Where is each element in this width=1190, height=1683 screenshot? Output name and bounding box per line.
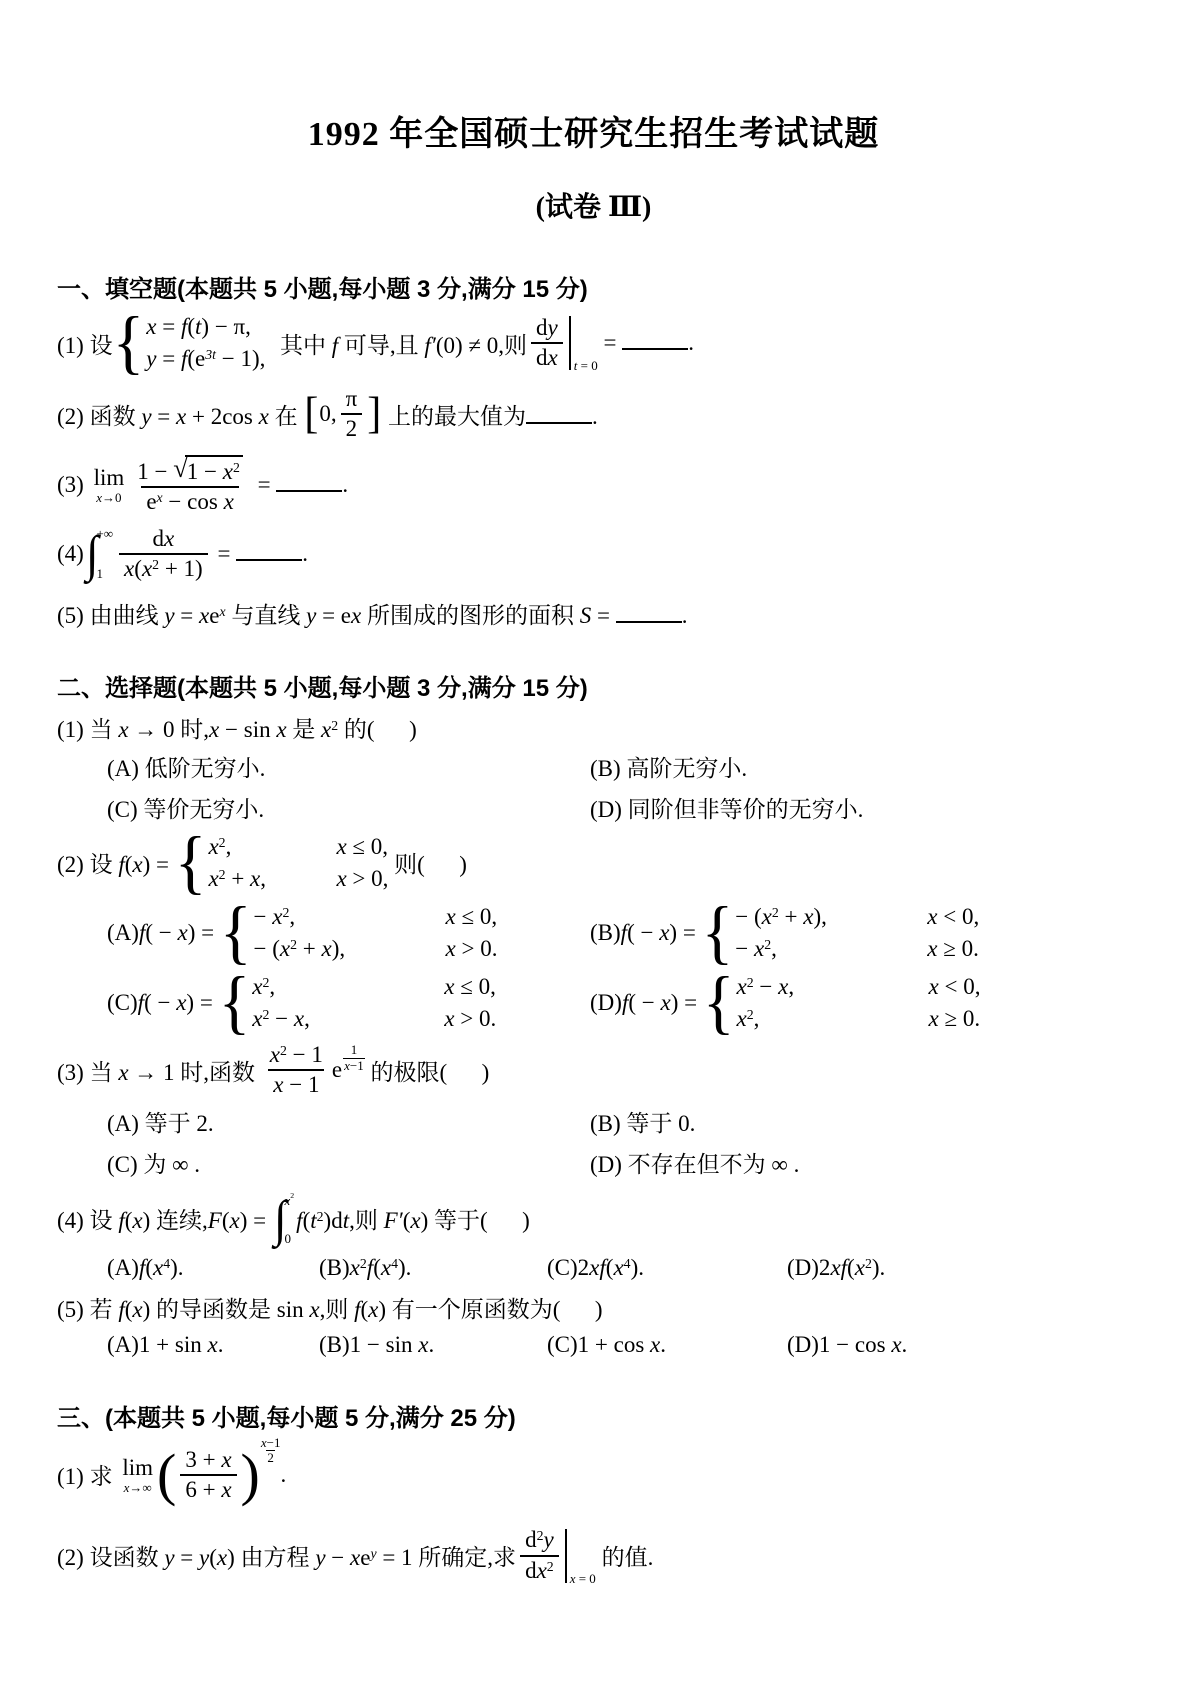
option-d: (D) 同阶但非等价的无穷小. <box>590 791 1130 824</box>
cases-group: { x2,x ≤ 0, x2 + x,x > 0, <box>175 834 389 892</box>
exam-page: 1992 年全国硕士研究生招生考试试题 (试卷 Ⅲ) 一、填空题(本题共 5 小… <box>0 106 1190 1584</box>
exponent-fraction: x−1 2 <box>261 1436 281 1466</box>
option-a: (A)f(x4). <box>107 1255 319 1281</box>
integral-sign: ∫ <box>274 1193 287 1244</box>
option-d: (D) 不存在但不为 ∞ . <box>590 1146 1130 1179</box>
case-cond: x ≤ 0, <box>446 904 498 930</box>
problem-1-1: (1) 设 { x = f(t) − π, y = f(e3t − 1), 其中… <box>57 314 1130 372</box>
case-expr: − x2, <box>254 904 446 930</box>
fraction: x2 − 1 x − 1 <box>265 1042 328 1099</box>
option-a: (A)f( − x) = { − x2,x ≤ 0, − (x2 + x),x … <box>107 904 590 962</box>
case-cond: x < 0, <box>929 974 981 1000</box>
e-base: e <box>332 1057 342 1083</box>
problem-1-4: (4) ∫ +∞ 1 dx x(x2 + 1) = . <box>57 526 1130 583</box>
answer-blank: 上的最大值为. <box>382 398 598 431</box>
problem-text: (2) 函数 y = x + 2cos x 在 <box>57 398 303 431</box>
problem-3-1: (1) 求 lim x→∞ ( 3 + x 6 + x ) x−1 2 . <box>57 1447 1130 1504</box>
case-expr: x2 − x, <box>737 974 929 1000</box>
denominator: x − 1 <box>268 1069 324 1098</box>
option-label: (B)f( − x) = <box>590 920 702 946</box>
section3-heading: 三、(本题共 5 小题,每小题 5 分,满分 25 分) <box>57 1398 1130 1433</box>
option-c: (C) 为 ∞ . <box>107 1146 590 1179</box>
option-d: (D)f( − x) = { x2 − x,x < 0, x2,x ≥ 0. <box>590 974 1130 1032</box>
problem-text: 其中 f 可导,且 f′(0) ≠ 0,则 <box>274 327 527 360</box>
evaluation-bar: x = 0 <box>565 1529 596 1583</box>
case-cond: x > 0. <box>446 936 498 962</box>
num-prefix: 1 − <box>137 459 173 485</box>
fraction-pi-2: π 2 <box>341 386 363 443</box>
option-b: (B) 高阶无穷小. <box>590 750 1130 783</box>
option-c: (C) 等价无穷小. <box>107 791 590 824</box>
option-b: (B) 等于 0. <box>590 1105 1130 1138</box>
exp-denominator: 2 <box>266 1450 275 1465</box>
limit-block: lim x→∞ <box>122 1456 153 1494</box>
left-brace: { <box>703 972 735 1033</box>
answer-blank: = . <box>212 541 308 567</box>
problem-label: (4) <box>57 541 84 567</box>
case-cond: x ≤ 0, <box>444 974 496 1000</box>
left-paren: ( <box>157 1449 176 1501</box>
numerator: dx <box>148 526 180 553</box>
right-paren: ) <box>241 1449 260 1501</box>
case-cond: x < 0, <box>927 904 979 930</box>
lim-label: lim <box>122 1456 153 1479</box>
option-b: (B)f( − x) = { − (x2 + x),x < 0, − x2,x … <box>590 904 1130 962</box>
option-label: (C)f( − x) = <box>107 990 219 1016</box>
option-label: (D)f( − x) = <box>590 990 703 1016</box>
case-expr: x2 + x, <box>208 866 336 892</box>
limit-block: lim x→0 <box>94 466 125 504</box>
option-d: (D)2xf(x2). <box>787 1255 885 1281</box>
case-expr: x2 − x, <box>252 1006 444 1032</box>
option-c: (C)1 + cos x. <box>547 1332 787 1358</box>
denominator: 6 + x <box>180 1474 236 1503</box>
problem-label: (1) 求 <box>57 1458 118 1491</box>
problem-text: (4) 设 f(x) 连续,F(x) = <box>57 1202 272 1235</box>
lim-label: lim <box>94 466 125 489</box>
case-expr: − x2, <box>735 936 927 962</box>
left-bracket: [ <box>304 392 318 436</box>
problem-1-2: (2) 函数 y = x + 2cos x 在 [ 0, π 2 ] 上的最大值… <box>57 386 1130 443</box>
numerator: π <box>341 386 363 413</box>
case-cond: x > 0, <box>336 866 388 892</box>
denominator: dx <box>531 342 563 371</box>
case-cond: x > 0. <box>444 1006 496 1032</box>
option-b: (B)x2f(x4). <box>319 1255 547 1281</box>
exp-numerator: 1 <box>351 1043 358 1057</box>
fraction: 3 + x 6 + x <box>180 1447 236 1504</box>
fraction-dydx: dy dx <box>531 315 563 372</box>
option-c: (C)f( − x) = { x2,x ≤ 0, x2 − x,x > 0. <box>107 974 590 1032</box>
denominator: ex − cos x <box>141 486 238 515</box>
problem-text: (1) 当 x → 0 时,x − sin x 是 x2 的( ) <box>57 711 417 744</box>
left-brace: { <box>702 902 734 963</box>
evaluation-bar: t = 0 <box>569 316 598 370</box>
sqrt-group: √ 1 − x2 <box>173 455 243 485</box>
case-cond: x ≤ 0, <box>336 834 388 860</box>
lim-subscript: x→∞ <box>124 1481 152 1494</box>
section1-heading: 一、填空题(本题共 5 小题,每小题 3 分,满分 15 分) <box>57 269 1130 304</box>
upper-limit: +∞ <box>96 526 113 542</box>
period: . <box>280 1462 286 1488</box>
case-cond: x ≥ 0. <box>929 1006 981 1032</box>
exp-denominator: x−1 <box>343 1058 365 1073</box>
right-bracket: ] <box>367 392 381 436</box>
problem-2-3: (3) 当 x → 1 时,函数 x2 − 1 x − 1 e 1 x−1 的极… <box>57 1042 1130 1099</box>
case-expr: − (x2 + x), <box>254 936 446 962</box>
option-a: (A)1 + sin x. <box>107 1332 319 1358</box>
fraction: dx x(x2 + 1) <box>119 526 208 583</box>
problem-2-2: (2) 设 f(x) = { x2,x ≤ 0, x2 + x,x > 0, 则… <box>57 834 1130 892</box>
fraction-d2y-dx2: d2y dx2 <box>520 1527 559 1584</box>
problem-label: (3) <box>57 472 90 498</box>
problem-text-post: 的值. <box>596 1539 654 1572</box>
eval-subscript: t = 0 <box>574 358 598 374</box>
problem-text: (3) 当 x → 1 时,函数 <box>57 1054 261 1087</box>
problem-text: (5) 若 f(x) 的导函数是 sin x,则 f(x) 有一个原函数为( ) <box>57 1291 603 1324</box>
case-expr: x2, <box>208 834 336 860</box>
options-2-1: (A) 低阶无穷小. (B) 高阶无穷小. (C) 等价无穷小. (D) 同阶但… <box>107 750 1130 824</box>
numerator: x2 − 1 <box>265 1042 328 1069</box>
options-2-5: (A)1 + sin x. (B)1 − sin x. (C)1 + cos x… <box>107 1332 1130 1358</box>
left-brace: { <box>220 902 252 963</box>
answer-blank: = . <box>598 330 694 356</box>
page-title: 1992 年全国硕士研究生招生考试试题 <box>57 106 1130 155</box>
case-cond: x ≥ 0. <box>927 936 979 962</box>
integral-block: ∫ +∞ 1 <box>86 526 113 582</box>
interval-start: 0, <box>319 401 336 427</box>
answer-blank: = . <box>252 472 348 498</box>
numerator: 3 + x <box>180 1447 236 1474</box>
exp-numerator: x−1 <box>261 1436 281 1450</box>
case-expr: − (x2 + x), <box>735 904 927 930</box>
problem-1-5: (5) 由曲线 y = xex 与直线 y = ex 所围成的图形的面积 S =… <box>57 597 1130 630</box>
integral-block: ∫ x2 0 <box>274 1191 294 1247</box>
vertical-bar <box>565 1529 567 1583</box>
numerator: 1 − √ 1 − x2 <box>132 455 248 486</box>
lim-subscript: x→0 <box>96 491 121 504</box>
options-2-4: (A)f(x4). (B)x2f(x4). (C)2xf(x4). (D)2xf… <box>107 1255 1130 1281</box>
denominator: x(x2 + 1) <box>119 553 208 582</box>
options-2-2: (A)f( − x) = { − x2,x ≤ 0, − (x2 + x),x … <box>107 904 1130 1032</box>
vertical-bar <box>569 316 571 370</box>
section2-heading: 二、选择题(本题共 5 小题,每小题 3 分,满分 15 分) <box>57 668 1130 703</box>
case-expr: x2, <box>737 1006 929 1032</box>
option-b: (B)1 − sin x. <box>319 1332 547 1358</box>
exponent-fraction: 1 x−1 <box>343 1043 365 1073</box>
denominator: 2 <box>341 413 363 442</box>
problem-text-post: 的极限( ) <box>365 1054 490 1087</box>
options-2-3: (A) 等于 2. (B) 等于 0. (C) 为 ∞ . (D) 不存在但不为… <box>107 1105 1130 1179</box>
problem-text: (5) 由曲线 y = xex 与直线 y = ex 所围成的图形的面积 S =… <box>57 597 687 630</box>
problem-2-5: (5) 若 f(x) 的导函数是 sin x,则 f(x) 有一个原函数为( ) <box>57 1291 1130 1324</box>
case-line-1: x = f(t) − π, <box>146 314 274 340</box>
numerator: d2y <box>520 1527 559 1554</box>
option-c: (C)2xf(x4). <box>547 1255 787 1281</box>
problem-2-4: (4) 设 f(x) 连续,F(x) = ∫ x2 0 f(t2)dt,则 F′… <box>57 1191 1130 1247</box>
numerator: dy <box>531 315 563 342</box>
cases-group: { x = f(t) − π, y = f(e3t − 1), <box>113 314 275 372</box>
option-a: (A) 等于 2. <box>107 1105 590 1138</box>
option-label: (A)f( − x) = <box>107 920 220 946</box>
left-brace: { <box>175 832 207 893</box>
case-expr: x2, <box>252 974 444 1000</box>
option-d: (D)1 − cos x. <box>787 1332 907 1358</box>
problem-text-post: 则( ) <box>388 846 467 879</box>
radicand: 1 − x2 <box>185 455 243 485</box>
case-line-2: y = f(e3t − 1), <box>146 346 274 372</box>
problem-text: (2) 设 f(x) = <box>57 846 175 879</box>
denominator: dx2 <box>520 1555 559 1584</box>
left-brace: { <box>219 972 251 1033</box>
problem-text: (2) 设函数 y = y(x) 由方程 y − xey = 1 所确定,求 <box>57 1539 516 1572</box>
integral-sign: ∫ <box>86 529 99 580</box>
problem-2-1: (1) 当 x → 0 时,x − sin x 是 x2 的( ) <box>57 711 1130 744</box>
problem-text-post: f(t2)dt,则 F′(x) 等于( ) <box>296 1202 530 1235</box>
page-subtitle: (试卷 Ⅲ) <box>57 185 1130 225</box>
fraction: 1 − √ 1 − x2 ex − cos x <box>132 455 248 516</box>
problem-label: (1) 设 <box>57 327 113 360</box>
option-a: (A) 低阶无穷小. <box>107 750 590 783</box>
left-brace: { <box>113 313 145 374</box>
lower-limit: 1 <box>96 566 113 582</box>
eval-subscript: x = 0 <box>570 1571 596 1587</box>
problem-3-2: (2) 设函数 y = y(x) 由方程 y − xey = 1 所确定,求 d… <box>57 1527 1130 1584</box>
problem-1-3: (3) lim x→0 1 − √ 1 − x2 ex − cos x = . <box>57 455 1130 516</box>
